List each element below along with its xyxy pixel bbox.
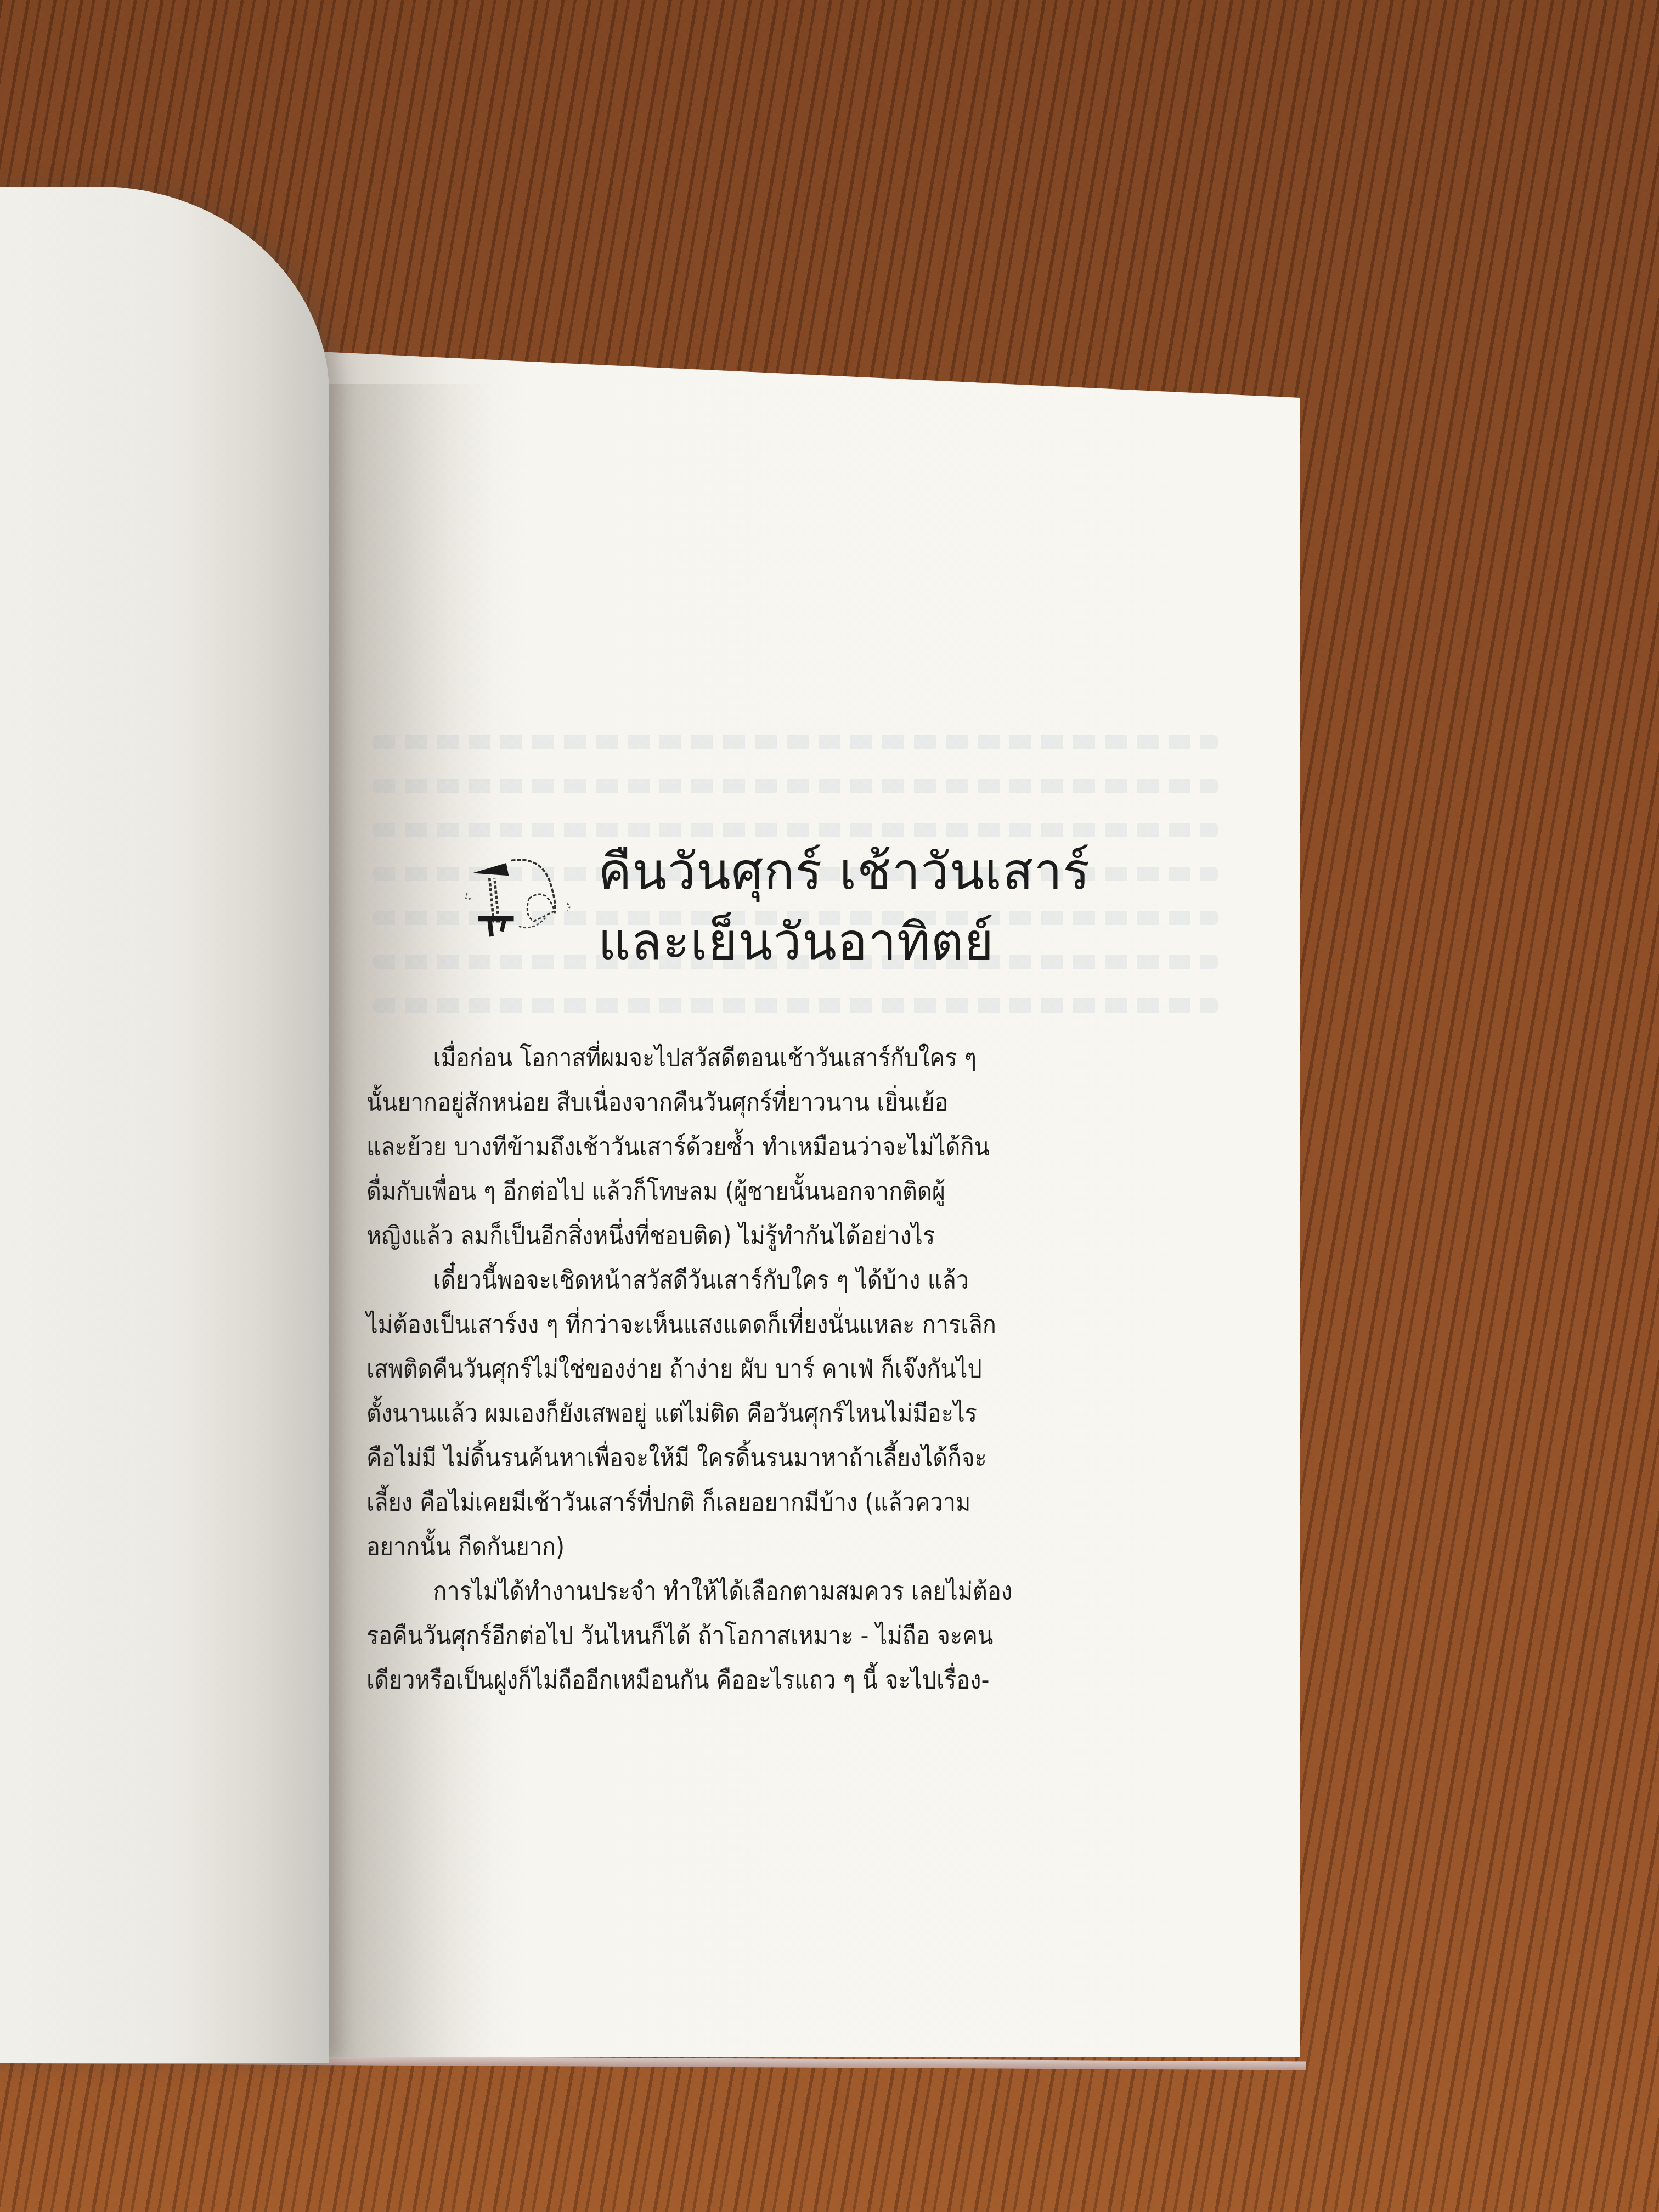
show-through-text — [373, 998, 1218, 1013]
text-line: เดี๋ยวนี้พอจะเชิดหน้าสวัสดีวันเสาร์กับใค… — [366, 1258, 1199, 1302]
text-line: รอคืนวันศุกร์อีกต่อไป วันไหนก็ได้ ถ้าโอก… — [366, 1613, 1199, 1658]
body-text: เมื่อก่อน โอกาสที่ผมจะไปสวัสดีตอนเช้าวัน… — [366, 1036, 1200, 1702]
chapter-title-line-1: คืนวันศุกร์ เช้าวันเสาร์ — [598, 837, 1091, 907]
show-through-text — [373, 735, 1218, 749]
text-line: คือไม่มี ไม่ดิ้นรนค้นหาเพื่อจะให้มี ใครด… — [366, 1436, 1199, 1480]
chapter-title-line-2: และเย็นวันอาทิตย์ — [598, 907, 1091, 977]
sketch-lamp-figure-icon — [455, 850, 592, 982]
text-line: ตั้งนานแล้ว ผมเองก็ยังเสพอยู่ แต่ไม่ติด … — [366, 1391, 1199, 1436]
text-line: นั้นยากอยู่สักหน่อย สืบเนื่องจากคืนวันศุ… — [366, 1080, 1199, 1125]
text-line: เลี้ยง คือไม่เคยมีเช้าวันเสาร์ที่ปกติ ก็… — [366, 1480, 1199, 1525]
text-line: เมื่อก่อน โอกาสที่ผมจะไปสวัสดีตอนเช้าวัน… — [366, 1036, 1199, 1080]
text-line: ไม่ต้องเป็นเสาร์งง ๆ ที่กว่าจะเห็นแสงแดด… — [366, 1302, 1199, 1347]
text-line: อยากนั้น กีดกันยาก) — [366, 1525, 1199, 1569]
show-through-text — [373, 779, 1218, 793]
text-line: ดื่มกับเพื่อน ๆ อีกต่อไป แล้วก็โทษลม (ผู… — [366, 1169, 1199, 1214]
left-page-curl — [0, 187, 329, 2063]
text-line: หญิงแล้ว ลมก็เป็นอีกสิ่งหนึ่งที่ชอบติด) … — [366, 1214, 1199, 1258]
text-line: เสพติดคืนวันศุกร์ไม่ใช่ของง่าย ถ้าง่าย ผ… — [366, 1347, 1199, 1391]
text-line: และย้วย บางทีข้ามถึงเช้าวันเสาร์ด้วยซ้ำ … — [366, 1125, 1199, 1169]
show-through-text — [373, 823, 1218, 837]
text-line: เดียวหรือเป็นฝูงก็ไม่ถืออีกเหมือนกัน คือ… — [366, 1658, 1199, 1702]
chapter-title: คืนวันศุกร์ เช้าวันเสาร์ และเย็นวันอาทิต… — [598, 837, 1091, 977]
text-line: การไม่ได้ทำงานประจำ ทำให้ได้เลือกตามสมคว… — [366, 1569, 1199, 1613]
